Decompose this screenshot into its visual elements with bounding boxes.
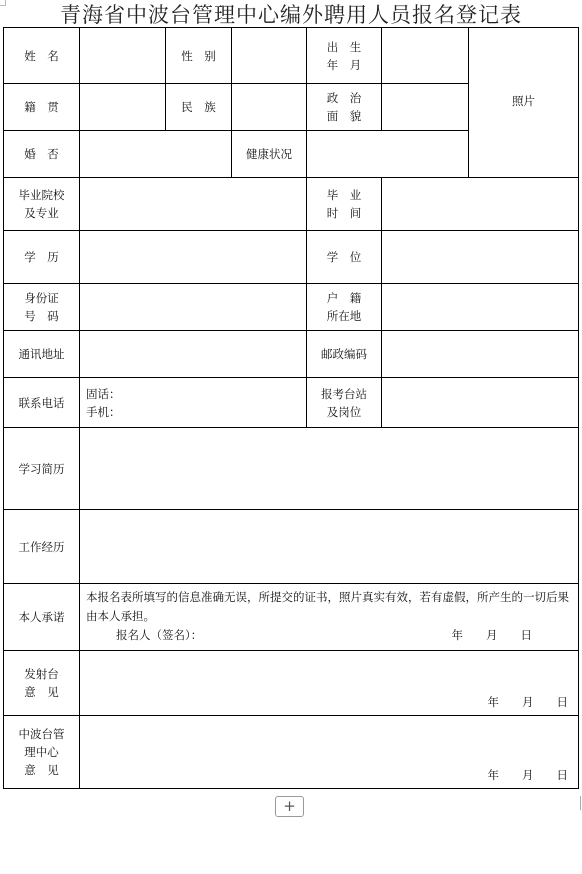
field-transmitter-opinion[interactable]: 年 月 日	[80, 651, 579, 716]
label-transmitter: 发射台意 见	[4, 651, 80, 716]
label-study: 学习简历	[4, 428, 80, 510]
label-native: 籍 贯	[4, 84, 80, 131]
promise-date: 年 月 日	[452, 626, 533, 645]
label-gender: 性 别	[166, 28, 232, 84]
field-birth[interactable]	[382, 28, 469, 84]
field-idno[interactable]	[80, 284, 307, 331]
label-phone: 联系电话	[4, 378, 80, 428]
field-address[interactable]	[80, 331, 307, 378]
label-degree: 学 位	[307, 231, 382, 284]
registration-form-table: 姓 名 性 别 出 生年 月 照片 籍 贯 民 族 政 治面 貌 婚 否 健康状…	[3, 27, 579, 789]
center-date: 年 月 日	[488, 768, 569, 782]
label-health: 健康状况	[232, 131, 307, 178]
field-postcode[interactable]	[382, 331, 579, 378]
field-gender[interactable]	[232, 28, 307, 84]
label-ethnic: 民 族	[166, 84, 232, 131]
field-station[interactable]	[382, 378, 579, 428]
field-hukou[interactable]	[382, 284, 579, 331]
page-title: 青海省中波台管理中心编外聘用人员报名登记表	[0, 2, 582, 28]
photo-cell[interactable]: 照片	[469, 28, 579, 178]
label-gradtime: 毕 业时 间	[307, 178, 382, 231]
field-study[interactable]	[80, 428, 579, 510]
transmitter-date: 年 月 日	[488, 695, 569, 709]
field-marital[interactable]	[80, 131, 232, 178]
label-photo: 照片	[512, 94, 535, 108]
scroll-edge-mark	[580, 796, 581, 810]
field-education[interactable]	[80, 231, 307, 284]
label-name: 姓 名	[4, 28, 80, 84]
label-work: 工作经历	[4, 510, 80, 584]
label-address: 通讯地址	[4, 331, 80, 378]
label-postcode: 邮政编码	[307, 331, 382, 378]
field-school[interactable]	[80, 178, 307, 231]
field-political[interactable]	[382, 84, 469, 131]
label-education: 学 历	[4, 231, 80, 284]
field-phone[interactable]: 固话：手机：	[80, 378, 307, 428]
field-degree[interactable]	[382, 231, 579, 284]
add-row-button[interactable]: +	[275, 796, 304, 817]
label-school: 毕业院校及专业	[4, 178, 80, 231]
label-station: 报考台站及岗位	[307, 378, 382, 428]
mobile-label: 手机：	[86, 403, 306, 421]
field-gradtime[interactable]	[382, 178, 579, 231]
landline-label: 固话：	[86, 385, 306, 403]
label-hukou: 户 籍所在地	[307, 284, 382, 331]
label-political: 政 治面 貌	[307, 84, 382, 131]
label-idno: 身份证号 码	[4, 284, 80, 331]
field-ethnic[interactable]	[232, 84, 307, 131]
field-health[interactable]	[307, 131, 469, 178]
promise-cell[interactable]: 本报名表所填写的信息准确无误，所提交的证书，照片真实有效，若有虚假，所产生的一切…	[80, 584, 579, 651]
label-center: 中波台管理中心意 见	[4, 716, 80, 789]
signer-label: 报名人（签名）：	[116, 626, 202, 645]
label-promise: 本人承诺	[4, 584, 80, 651]
field-name[interactable]	[80, 28, 166, 84]
promise-text: 本报名表所填写的信息准确无误，所提交的证书，照片真实有效，若有虚假，所产生的一切…	[86, 588, 572, 626]
field-work[interactable]	[80, 510, 579, 584]
label-birth: 出 生年 月	[307, 28, 382, 84]
field-center-opinion[interactable]: 年 月 日	[80, 716, 579, 789]
field-native[interactable]	[80, 84, 166, 131]
label-marital: 婚 否	[4, 131, 80, 178]
